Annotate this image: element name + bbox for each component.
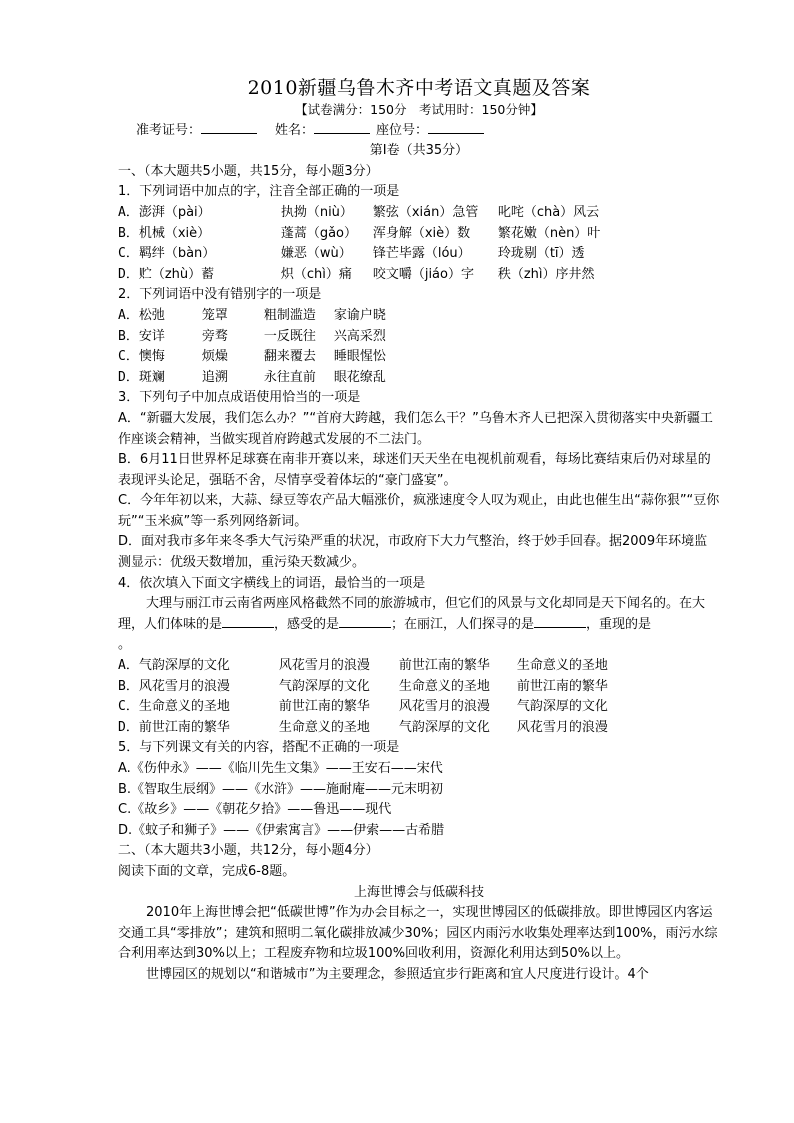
article-paragraph-1: 2010年上海世博会把“低碳世博”作为办会目标之一，实现世博园区的低碳排放。即世… [118,903,720,965]
q5-option-b: B.《智取生辰纲》——《水浒》——施耐庵——元末明初 [118,780,720,801]
q5-stem: 5．与下列课文有关的内容，搭配不正确的一项是 [118,738,720,759]
q3-option-a: A．“新疆大发展，我们怎么办？”“首府大跨越，我们怎么干？”乌鲁木齐人已把深入贯… [118,409,720,450]
name-label: 姓名： [275,123,314,138]
q4-blank-3[interactable] [534,615,586,628]
candidate-info-row: 准考证号：姓名：座位号： [118,121,720,142]
exam-number-label: 准考证号： [136,123,201,138]
exam-number-field[interactable] [201,121,257,134]
q2-option-d: D．斑斓追溯永往直前眼花缭乱 [118,368,720,389]
volume-title: 第Ⅰ卷（共35分） [118,141,720,162]
exam-page: 2010新疆乌鲁木齐中考语文真题及答案 【试卷满分：150分 考试用时：150分… [118,76,720,986]
document-title: 2010新疆乌鲁木齐中考语文真题及答案 [118,76,720,100]
article-paragraph-2: 世博园区的规划以“和谐城市”为主要理念，参照适宜步行距离和宜人尺度进行设计。4个 [118,965,720,986]
q1-stem: 1．下列词语中加点的字，注音全部正确的一项是 [118,182,720,203]
section2-instruction: 阅读下面的文章，完成6-8题。 [118,862,720,883]
article-title: 上海世博会与低碳科技 [118,883,720,904]
section2-heading: 二、（本大题共3小题，共12分，每小题4分） [118,841,720,862]
q3-stem: 3．下列句子中加点成语使用恰当的一项是 [118,388,720,409]
q4-option-a: A．气韵深厚的文化风花雪月的浪漫前世江南的繁华生命意义的圣地 [118,656,720,677]
seat-number-label: 座位号： [376,123,428,138]
q4-option-c: C．生命意义的圣地前世江南的繁华风花雪月的浪漫气韵深厚的文化 [118,697,720,718]
q4-passage: 大理与丽江市云南省两座风格截然不同的旅游城市，但它们的风景与文化却同是天下闻名的… [118,594,720,656]
q5-option-a: A.《伤仲永》——《临川先生文集》——王安石——宋代 [118,759,720,780]
q3-option-c: C．今年年初以来，大蒜、绿豆等农产品大幅涨价，疯涨速度令人叹为观止，由此也催生出… [118,491,720,532]
seat-number-field[interactable] [428,121,484,134]
q4-blank-2[interactable] [339,615,391,628]
q4-option-d: D．前世江南的繁华生命意义的圣地气韵深厚的文化风花雪月的浪漫 [118,718,720,739]
q1-option-a: A．澎湃（pài）执拗（niù）繁弦（xián）急管叱咤（chà）风云 [118,203,720,224]
q4-option-b: B．风花雪月的浪漫气韵深厚的文化生命意义的圣地前世江南的繁华 [118,677,720,698]
q5-option-c: C.《故乡》——《朝花夕拾》——鲁迅——现代 [118,800,720,821]
q2-option-c: C．懊悔烦燥翻来覆去睡眼惺忪 [118,347,720,368]
q1-option-b: B．机械（xiè）蓬蒿（gǎo）浑身解（xiè）数繁花嫩（nèn）叶 [118,224,720,245]
q1-option-c: C．羁绊（bàn）嫌恶（wù）锋芒毕露（lóu）玲珑剔（tī）透 [118,244,720,265]
q3-option-d: D．面对我市多年来冬季大气污染严重的状况，市政府下大力气整治，终于妙手回春。据2… [118,532,720,573]
q2-option-b: B．安详旁骛一反既往兴高采烈 [118,327,720,348]
q4-blank-1[interactable] [222,615,274,628]
document-subtitle: 【试卷满分：150分 考试用时：150分钟】 [118,100,720,121]
q1-option-d: D．贮（zhù）蓄炽（chì）痛咬文嚼（jiáo）字秩（zhì）序井然 [118,265,720,286]
q2-stem: 2．下列词语中没有错别字的一项是 [118,285,720,306]
q4-stem: 4．依次填入下面文字横线上的词语，最恰当的一项是 [118,574,720,595]
section1-heading: 一、（本大题共5小题，共15分，每小题3分） [118,162,720,183]
q3-option-b: B．6月11日世界杯足球赛在南非开赛以来，球迷们天天坐在电视机前观看，每场比赛结… [118,450,720,491]
name-field[interactable] [314,121,370,134]
q5-option-d: D.《蚊子和狮子》——《伊索寓言》——伊索——古希腊 [118,821,720,842]
q2-option-a: A．松弛笼罩粗制滥造家谕户晓 [118,306,720,327]
